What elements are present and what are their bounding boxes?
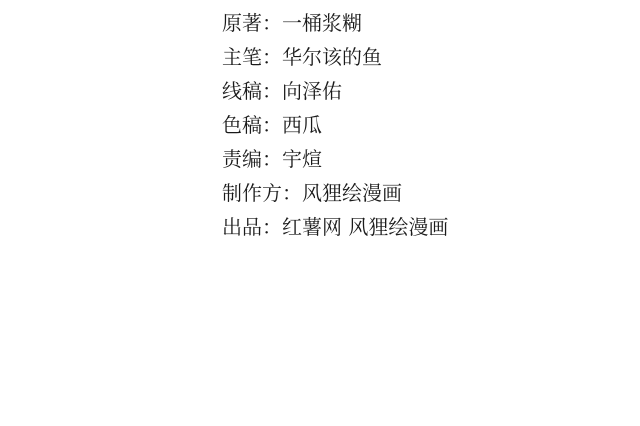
credit-role: 线稿	[222, 76, 262, 106]
credit-role: 出品	[222, 212, 262, 242]
credit-line-art: 线稿：向泽佑	[222, 76, 448, 110]
credits-list: 原著：一桶浆糊 主笔：华尔该的鱼 线稿：向泽佑 色稿：西瓜 责编：宇煊 制作方：…	[222, 8, 448, 246]
credit-separator: ：	[262, 212, 282, 242]
credit-separator: ：	[262, 144, 282, 174]
credit-editor: 责编：宇煊	[222, 144, 448, 178]
credit-publisher: 出品：红薯网 风狸绘漫画	[222, 212, 448, 246]
credit-coloring: 色稿：西瓜	[222, 110, 448, 144]
credit-production: 制作方：风狸绘漫画	[222, 178, 448, 212]
credit-value: 红薯网 风狸绘漫画	[282, 212, 448, 242]
credit-original-author: 原著：一桶浆糊	[222, 8, 448, 42]
credit-value: 西瓜	[282, 110, 322, 140]
credit-value: 向泽佑	[282, 76, 342, 106]
credit-role: 制作方	[222, 178, 282, 208]
credit-separator: ：	[262, 42, 282, 72]
credit-value: 一桶浆糊	[282, 8, 362, 38]
credit-separator: ：	[262, 76, 282, 106]
credit-value: 宇煊	[282, 144, 322, 174]
credit-role: 主笔	[222, 42, 262, 72]
credit-value: 华尔该的鱼	[282, 42, 382, 72]
credit-role: 责编	[222, 144, 262, 174]
credit-separator: ：	[262, 8, 282, 38]
credit-separator: ：	[262, 110, 282, 140]
credit-lead-artist: 主笔：华尔该的鱼	[222, 42, 448, 76]
credit-value: 风狸绘漫画	[302, 178, 402, 208]
credit-separator: ：	[282, 178, 302, 208]
credit-role: 色稿	[222, 110, 262, 140]
credit-role: 原著	[222, 8, 262, 38]
